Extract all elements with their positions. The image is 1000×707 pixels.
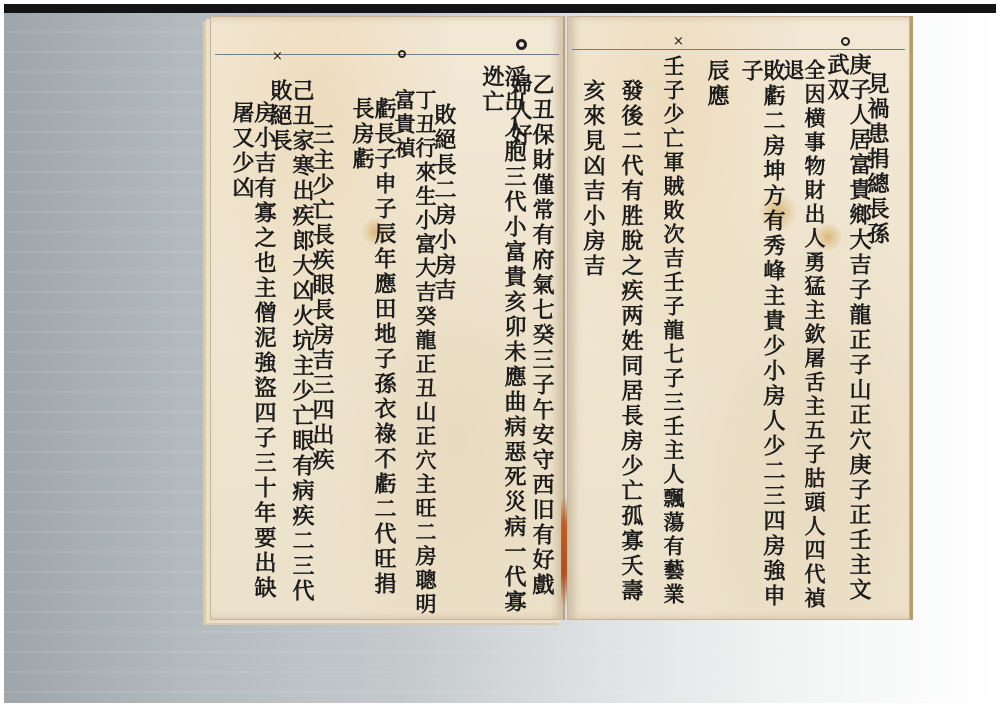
manuscript-spread: × 乙丑保財僅常有府氣七癸三子午安守西旧有好戲婦人好 淫出人胞三代小富貴亥卯未應… bbox=[210, 16, 910, 620]
right-page: × 見禍患捐總長孫 庚子人居富貴鄉大吉子龍正子山正穴庚子正壬主文武双 全因横事物… bbox=[567, 16, 910, 620]
cross-mark-icon: × bbox=[272, 50, 283, 63]
text-column-4: 丁丑行來生小富大吉癸龍正丑山正穴主旺二房聰明富貴禎 bbox=[394, 89, 436, 619]
text-column-2: 淫出人胞三代小富貴亥卯未應曲病惡死災病一代寡迯亡 bbox=[481, 65, 525, 619]
text-column-8: 房小吉有寡之也主僧泥強盜四子三十年要出缺屠又少凶 bbox=[231, 101, 275, 619]
circle-mark-icon bbox=[516, 39, 527, 50]
scanner-top-edge bbox=[4, 4, 996, 13]
cross-mark-icon: × bbox=[673, 35, 684, 48]
left-page: × 乙丑保財僅常有府氣七癸三子午安守西旧有好戲婦人好 淫出人胞三代小富貴亥卯未應… bbox=[210, 16, 565, 620]
text-column-7: 發後二代有胜脫之疾两姓同居長房少亡孤寡夭壽 bbox=[620, 79, 642, 604]
header-rule bbox=[215, 54, 559, 55]
text-column-4: 敗虧二房坤方有秀峰主貴少小房人少二三四房強申子 bbox=[740, 59, 784, 619]
text-column-6: 壬子少亡軍賊敗次吉壬子龍七子三壬主人飄蕩有藝業 bbox=[663, 55, 684, 607]
text-column-5: 虧長子申子辰年應田地子孫衣祿不虧二代旺捐長房虧 bbox=[351, 97, 395, 619]
header-rule bbox=[572, 49, 905, 50]
circle-mark-icon bbox=[398, 50, 406, 58]
text-column-2: 庚子人居富貴鄉大吉子龍正子山正穴庚子正壬主文武双 bbox=[826, 53, 870, 619]
text-column-3: 全因横事物財出人勇猛主欽屠舌主五子𦙶頭人四代禎退 bbox=[783, 59, 825, 619]
circle-mark-icon bbox=[841, 37, 850, 46]
text-column-5: 辰應 bbox=[706, 59, 728, 109]
text-column-8: 亥來見凶吉小房吉 bbox=[582, 79, 604, 279]
